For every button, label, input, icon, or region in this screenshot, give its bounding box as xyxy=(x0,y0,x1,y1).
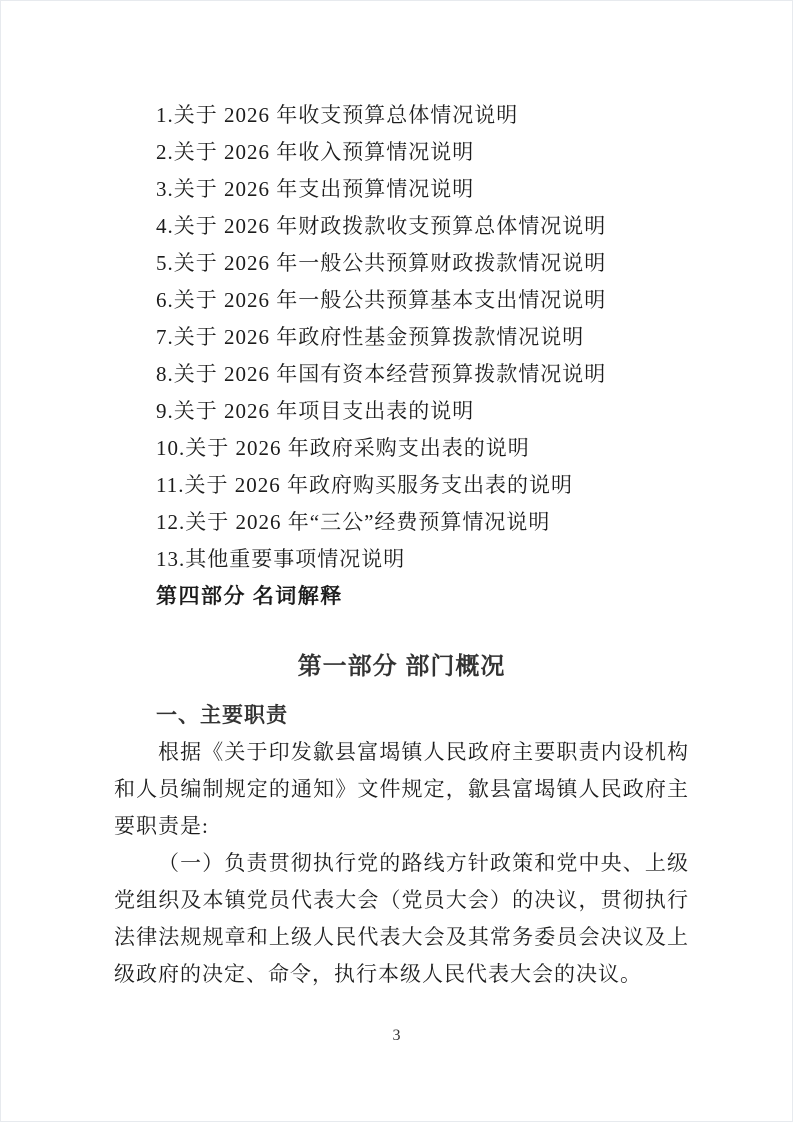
page-content: 1.关于 2026 年收支预算总体情况说明 2.关于 2026 年收入预算情况说… xyxy=(1,1,792,993)
toc-item: 5.关于 2026 年一般公共预算财政拨款情况说明 xyxy=(114,245,689,282)
paragraph: 根据《关于印发歙县富堨镇人民政府主要职责内设机构和人员编制规定的通知》文件规定，… xyxy=(114,734,689,845)
subsection-title: 一、主要职责 xyxy=(114,697,689,734)
paragraph: （一）负责贯彻执行党的路线方针政策和党中央、上级党组织及本镇党员代表大会（党员大… xyxy=(114,845,689,993)
toc-item: 1.关于 2026 年收支预算总体情况说明 xyxy=(114,97,689,134)
part-title: 第一部分 部门概况 xyxy=(114,645,689,689)
toc-section4-heading: 第四部分 名词解释 xyxy=(114,578,689,615)
toc-item: 12.关于 2026 年“三公”经费预算情况说明 xyxy=(114,504,689,541)
toc-item: 13.其他重要事项情况说明 xyxy=(114,541,689,578)
toc-item: 11.关于 2026 年政府购买服务支出表的说明 xyxy=(114,467,689,504)
toc-item: 3.关于 2026 年支出预算情况说明 xyxy=(114,171,689,208)
toc-item: 4.关于 2026 年财政拨款收支预算总体情况说明 xyxy=(114,208,689,245)
page-number: 3 xyxy=(1,1027,792,1045)
toc-list: 1.关于 2026 年收支预算总体情况说明 2.关于 2026 年收入预算情况说… xyxy=(114,97,689,615)
toc-item: 7.关于 2026 年政府性基金预算拨款情况说明 xyxy=(114,319,689,356)
toc-item: 8.关于 2026 年国有资本经营预算拨款情况说明 xyxy=(114,356,689,393)
toc-item: 10.关于 2026 年政府采购支出表的说明 xyxy=(114,430,689,467)
document-page: 1.关于 2026 年收支预算总体情况说明 2.关于 2026 年收入预算情况说… xyxy=(0,0,793,1122)
toc-item: 2.关于 2026 年收入预算情况说明 xyxy=(114,134,689,171)
toc-item: 6.关于 2026 年一般公共预算基本支出情况说明 xyxy=(114,282,689,319)
toc-item: 9.关于 2026 年项目支出表的说明 xyxy=(114,393,689,430)
